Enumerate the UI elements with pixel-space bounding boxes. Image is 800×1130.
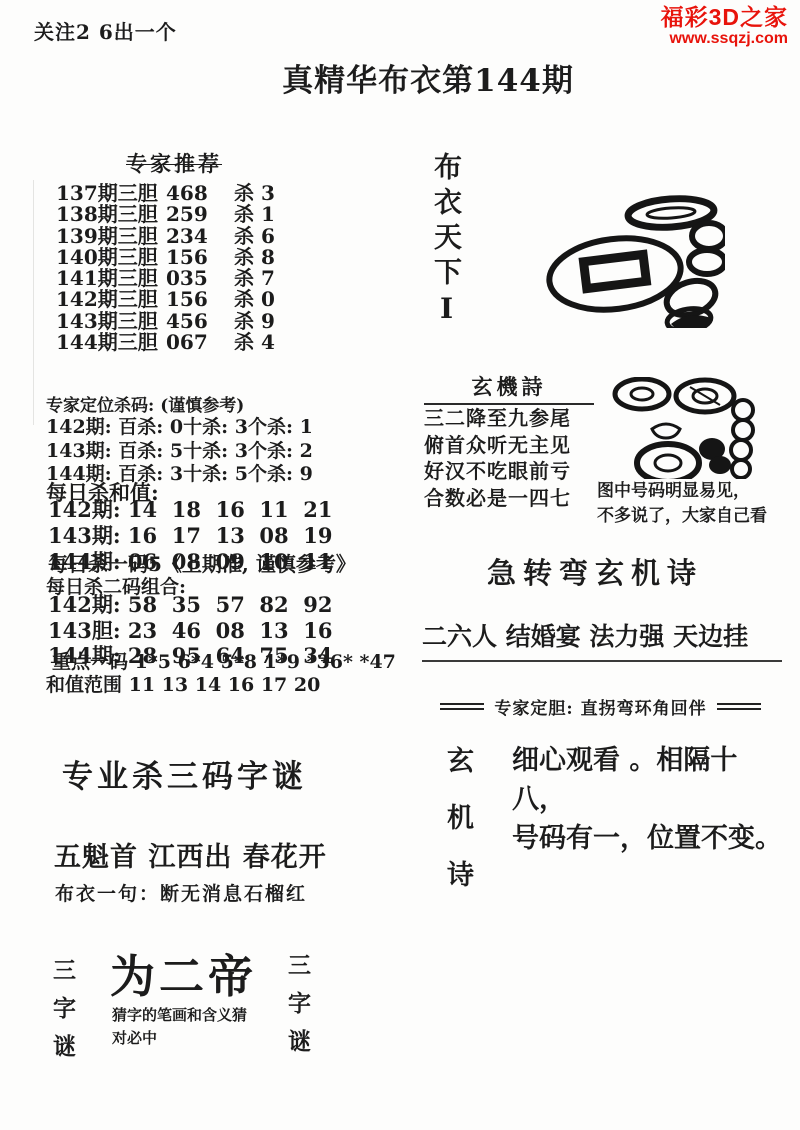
brand-watermark: 福彩3D之家 www.ssqzj.com (661, 5, 788, 48)
xuanji2-text: 细心观看 。相隔十八， 号码有一，位置不变。 (512, 741, 787, 858)
three-char-label-left: 三字谜 (46, 958, 79, 1072)
brand-url: www.ssqzj.com (661, 30, 788, 48)
row-kill: 杀 6 (234, 226, 300, 247)
row-dan: 468 (160, 183, 234, 204)
row-period: 143期三胆 (56, 311, 160, 332)
sharp-turn-clue: 二六人 结婚宴 法力强 天边挂 (422, 617, 782, 662)
position-kill-section: 专家定位杀码: (谨慎参考) 142期: 百杀: 0十杀: 3个杀: 1 143… (46, 391, 346, 487)
riddle-note-line1: 猜字的笔画和含义猜 (112, 1004, 247, 1027)
table-row: 144期三胆 067 杀 4 (48, 332, 300, 353)
scanned-lottery-sheet: 关注2 6出一个 福彩3D之家 www.ssqzj.com 真精华布衣第144期… (0, 0, 800, 1130)
row-kill: 杀 9 (234, 311, 300, 332)
row-kill: 杀 4 (234, 332, 300, 353)
xuanji-poem-line: 合数必是一四七 (424, 486, 594, 512)
row-period: 141期三胆 (56, 268, 160, 289)
row-dan: 035 (160, 268, 234, 289)
sharp-turn-heading: 急转弯玄机诗 (420, 551, 770, 592)
expert-recommend-section: 专家推荐 137期三胆 468 杀 3 138期三胆 259 杀 1 139期三… (48, 148, 300, 353)
row-kill: 杀 1 (234, 204, 300, 225)
riddle-note: 猜字的笔画和含义猜 对必中 (112, 1004, 247, 1050)
row-dan: 156 (160, 247, 234, 268)
expert-recommend-heading: 专家推荐 (48, 148, 300, 178)
xuanji-poem-line: 三二降至九参尾 (424, 406, 594, 432)
row-dan: 456 (160, 311, 234, 332)
row-kill: 杀 7 (234, 268, 300, 289)
table-row: 141期三胆 035 杀 7 (48, 268, 300, 289)
xuanji-poem-heading: 玄機詩 (424, 371, 594, 405)
row-kill: 杀 3 (234, 183, 300, 204)
xuanji-poem-section: 玄機詩 三二降至九参尾 俯首众听无主见 好汉不吃眼前亏 合数必是一四七 (424, 371, 594, 511)
position-kill-row: 142期: 百杀: 0十杀: 3个杀: 1 (46, 416, 346, 440)
row-period: 140期三胆 (56, 247, 160, 268)
riddle-note-line2: 对必中 (112, 1027, 247, 1050)
xuanji2-vertical-title: 玄机诗 (438, 746, 477, 917)
row-period: 144期三胆 (56, 332, 160, 353)
row-period: 142期三胆 (56, 289, 160, 310)
position-kill-row: 143期: 百杀: 5十杀: 3个杀: 2 (46, 440, 346, 464)
xuanji-poem-line: 俯首众听无主见 (424, 433, 594, 459)
table-row: 142期三胆 156 杀 0 (48, 289, 300, 310)
row-period: 137期三胆 (56, 183, 160, 204)
xuanji2-line2: 号码有一，位置不变。 (512, 819, 787, 858)
row-dan: 259 (160, 204, 234, 225)
daily-sum-row: 143期: 16 17 13 08 19 (48, 523, 333, 549)
expert-dan-line: 专家定胆: 直拐弯环角回伴 (428, 694, 773, 719)
row-kill: 杀 8 (234, 247, 300, 268)
three-char-riddle-answer: 为二帝 (110, 940, 257, 1005)
two-code-row: 142期: 58 35 57 82 92 (48, 592, 333, 618)
row-dan: 234 (160, 226, 234, 247)
row-dan: 067 (160, 332, 234, 353)
table-row: 143期三胆 456 杀 9 (48, 311, 300, 332)
three-char-label-right: 三字谜 (281, 953, 314, 1067)
double-rule-left (440, 703, 484, 710)
buyi-one-sentence: 布衣一句：断无消息石榴红 (55, 879, 307, 906)
xuanji-poem-line: 好汉不吃眼前亏 (424, 459, 594, 485)
table-row: 140期三胆 156 杀 8 (48, 247, 300, 268)
expert-dan-text: 专家定胆: 直拐弯环角回伴 (494, 694, 706, 719)
row-period: 139期三胆 (56, 226, 160, 247)
table-row: 139期三胆 234 杀 6 (48, 226, 300, 247)
table-row: 138期三胆 259 杀 1 (48, 204, 300, 225)
xuanji2-line1: 细心观看 。相隔十八， (512, 741, 787, 819)
coin-illustration (543, 186, 725, 328)
brand-logo-text: 福彩3D之家 (661, 5, 788, 30)
top-left-note: 关注2 6出一个 (34, 16, 177, 45)
expert-recommend-table: 137期三胆 468 杀 3 138期三胆 259 杀 1 139期三胆 234… (48, 183, 300, 353)
table-row: 137期三胆 468 杀 3 (48, 183, 300, 204)
daily-sum-row: 142期: 14 18 16 11 21 (48, 497, 333, 523)
coin-caption-line1: 图中号码明显易见， (597, 479, 767, 504)
coin-caption: 图中号码明显易见， 不多说了，大家自己看 (597, 479, 767, 529)
row-dan: 156 (160, 289, 234, 310)
double-rule-right (717, 703, 761, 710)
buyi-vertical-title: 布衣天下I (426, 152, 466, 332)
position-kill-heading: 专家定位杀码: (谨慎参考) (46, 391, 346, 416)
coin-illustration-small (610, 377, 755, 479)
two-code-row: 143胆: 23 46 08 13 16 (48, 618, 333, 644)
row-period: 138期三胆 (56, 204, 160, 225)
scan-artifact-line (33, 180, 34, 425)
riddle-text: 五魁首 江西出 春花开 (54, 835, 327, 874)
coin-caption-line2: 不多说了，大家自己看 (597, 504, 767, 529)
row-kill: 杀 0 (234, 289, 300, 310)
sum-range: 和值范围 11 13 14 16 17 20 (46, 670, 320, 697)
three-code-riddle-heading: 专业杀三码字谜 (62, 751, 307, 796)
page-title: 真精华布衣第144期 (56, 55, 800, 100)
